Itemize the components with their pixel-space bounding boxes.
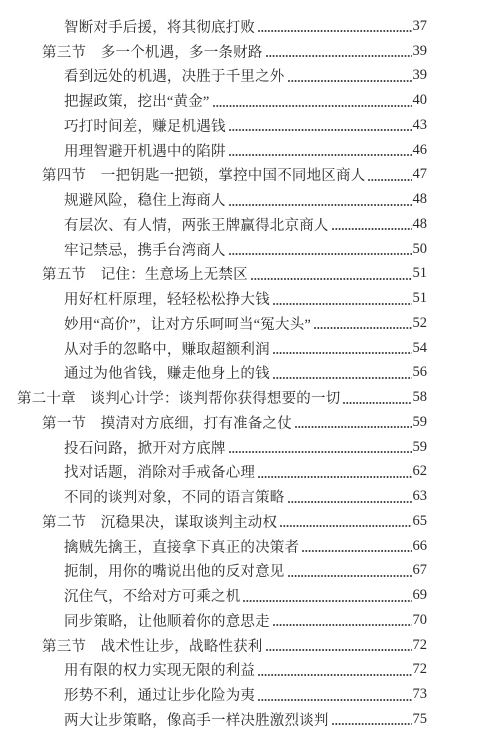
toc-entry-title: 用有限的权力实现无限的利益 — [64, 659, 255, 680]
toc-entry: 第二十章 谈判心计学：谈判帮你获得想要的一切 58 — [0, 385, 427, 410]
toc-entry: 通过为他省钱，赚走他身上的钱 56 — [0, 361, 427, 386]
table-of-contents: 智断对手后援，将其彻底打败 37 第三节 多一个机遇，多一条财路 39 看到远处… — [0, 0, 482, 732]
toc-entry-title: 有层次、有人情，两张王牌赢得北京商人 — [64, 214, 329, 235]
toc-entry-title: 通过为他省钱，赚走他身上的钱 — [64, 362, 270, 383]
toc-entry-title: 找对话题，消除对手戒备心理 — [64, 461, 255, 482]
toc-entry-page: 72 — [413, 661, 428, 678]
dotted-leader — [257, 465, 412, 479]
toc-entry-page: 40 — [413, 92, 428, 109]
toc-entry: 第三节 多一个机遇，多一条财路 39 — [0, 39, 427, 64]
toc-entry-title: 巧打时间差，赚足机遇钱 — [64, 115, 226, 136]
toc-entry: 牢记禁忌，携手台湾商人 50 — [0, 237, 427, 262]
toc-entry: 从对手的忽略中，赚取超额利润 54 — [0, 336, 427, 361]
toc-entry-title: 规避风险，稳住上海商人 — [64, 189, 226, 210]
dotted-leader — [212, 94, 413, 108]
toc-entry: 擒贼先擒王，直接拿下真正的决策者 66 — [0, 534, 427, 559]
dotted-leader — [265, 44, 413, 58]
toc-entry-title: 擒贼先擒王，直接拿下真正的决策者 — [64, 536, 299, 557]
toc-entry-title: 从对手的忽略中，赚取超额利润 — [64, 338, 270, 359]
toc-entry-title: 第一节 摸清对方底细，打有准备之仗 — [42, 412, 292, 433]
dotted-leader — [228, 118, 413, 132]
toc-entry: 同步策略，让他顺着你的意思走 70 — [0, 608, 427, 633]
toc-entry-page: 65 — [413, 513, 428, 530]
toc-entry-page: 46 — [413, 142, 428, 159]
toc-entry-page: 73 — [413, 686, 428, 703]
toc-entry-page: 54 — [413, 340, 428, 357]
toc-entry-title: 不同的谈判对象，不同的语言策略 — [64, 486, 285, 507]
toc-entry-page: 48 — [413, 191, 428, 208]
dotted-leader — [272, 366, 413, 380]
toc-entry-title: 形势不利，通过让步化险为夷 — [64, 684, 255, 705]
toc-entry-page: 50 — [413, 241, 428, 258]
toc-entry-page: 59 — [413, 439, 428, 456]
toc-entry: 把握政策，挖出“黄金” 40 — [0, 88, 427, 113]
toc-entry-title: 智断对手后援，将其彻底打败 — [64, 16, 255, 37]
toc-entry: 用理智避开机遇中的陷阱 46 — [0, 138, 427, 163]
toc-entry-page: 51 — [413, 265, 428, 282]
dotted-leader — [331, 712, 413, 726]
dotted-leader — [272, 292, 413, 306]
toc-entry-page: 58 — [413, 389, 428, 406]
toc-entry-page: 72 — [413, 637, 428, 654]
toc-entry: 有层次、有人情，两张王牌赢得北京商人 48 — [0, 212, 427, 237]
toc-entry-page: 43 — [413, 117, 428, 134]
dotted-leader — [228, 193, 413, 207]
toc-entry-title: 用好杠杆原理，轻轻松松挣大钱 — [64, 288, 270, 309]
toc-entry-page: 67 — [413, 562, 428, 579]
toc-entry-title: 第四节 一把钥匙一把锁，掌控中国不同地区商人 — [42, 164, 365, 185]
toc-entry: 第五节 记住：生意场上无禁区 51 — [0, 262, 427, 287]
dotted-leader — [367, 168, 412, 182]
dotted-leader — [272, 341, 413, 355]
toc-entry-page: 62 — [413, 463, 428, 480]
toc-entry-title: 沉住气，不给对方可乘之机 — [64, 585, 240, 606]
toc-entry: 用有限的权力实现无限的利益 72 — [0, 658, 427, 683]
toc-entry-title: 妙用“高价”，让对方乐呵呵当“冤大头” — [64, 313, 311, 334]
toc-entry-title: 同步策略，让他顺着你的意思走 — [64, 610, 270, 631]
toc-entry: 用好杠杆原理，轻轻松松挣大钱 51 — [0, 286, 427, 311]
toc-entry-title: 第二节 沉稳果决，谋取谈判主动权 — [42, 511, 277, 532]
toc-entry-title: 第三节 战术性让步，战略性获利 — [42, 635, 263, 656]
toc-entry-page: 69 — [413, 587, 428, 604]
toc-entry-title: 牢记禁忌，携手台湾商人 — [64, 239, 226, 260]
toc-entry-page: 51 — [413, 290, 428, 307]
toc-entry: 第二节 沉稳果决，谋取谈判主动权 65 — [0, 509, 427, 534]
dotted-leader — [294, 415, 413, 429]
toc-entry: 找对话题，消除对手戒备心理 62 — [0, 460, 427, 485]
toc-entry-page: 52 — [413, 315, 428, 332]
toc-entry-page: 59 — [413, 414, 428, 431]
toc-entry: 规避风险，稳住上海商人 48 — [0, 187, 427, 212]
dotted-leader — [228, 242, 413, 256]
dotted-leader — [257, 688, 412, 702]
toc-entry: 沉住气，不给对方可乘之机 69 — [0, 583, 427, 608]
toc-entry: 巧打时间差，赚足机遇钱 43 — [0, 113, 427, 138]
toc-entry-page: 70 — [413, 612, 428, 629]
toc-entry-page: 63 — [413, 488, 428, 505]
dotted-leader — [301, 539, 412, 553]
toc-entry: 妙用“高价”，让对方乐呵呵当“冤大头” 52 — [0, 311, 427, 336]
toc-entry-page: 48 — [413, 216, 428, 233]
toc-entry: 形势不利，通过让步化险为夷 73 — [0, 682, 427, 707]
dotted-leader — [242, 589, 412, 603]
dotted-leader — [279, 514, 412, 528]
toc-entry-page: 66 — [413, 538, 428, 555]
toc-entry-page: 39 — [413, 67, 428, 84]
dotted-leader — [331, 217, 413, 231]
toc-entry-page: 47 — [413, 166, 428, 183]
toc-entry: 不同的谈判对象，不同的语言策略 63 — [0, 484, 427, 509]
toc-entry-page: 37 — [413, 18, 428, 35]
toc-entry-page: 75 — [413, 711, 428, 728]
toc-entry-title: 第二十章 谈判心计学：谈判帮你获得想要的一切 — [17, 387, 340, 408]
toc-entry-title: 把握政策，挖出“黄金” — [64, 90, 210, 111]
toc-entry-page: 56 — [413, 364, 428, 381]
toc-entry: 两大让步策略，像高手一样决胜激烈谈判 75 — [0, 707, 427, 732]
dotted-leader — [257, 19, 412, 33]
toc-entry-title: 第五节 记住：生意场上无禁区 — [42, 263, 248, 284]
dotted-leader — [287, 564, 413, 578]
toc-entry-title: 第三节 多一个机遇，多一条财路 — [42, 41, 263, 62]
toc-entry: 第三节 战术性让步，战略性获利 72 — [0, 633, 427, 658]
toc-entry-page: 39 — [413, 43, 428, 60]
dotted-leader — [313, 316, 412, 330]
toc-entry: 看到远处的机遇，决胜于千里之外 39 — [0, 64, 427, 89]
toc-entry: 智断对手后援，将其彻底打败 37 — [0, 14, 427, 39]
dotted-leader — [228, 440, 413, 454]
toc-entry-title: 投石问路，掀开对方底牌 — [64, 437, 226, 458]
dotted-leader — [287, 490, 413, 504]
toc-entry-title: 看到远处的机遇，决胜于千里之外 — [64, 65, 285, 86]
dotted-leader — [228, 143, 413, 157]
toc-entry: 扼制，用你的嘴说出他的反对意见 67 — [0, 559, 427, 584]
dotted-leader — [265, 638, 413, 652]
dotted-leader — [272, 613, 413, 627]
dotted-leader — [250, 267, 413, 281]
dotted-leader — [342, 391, 412, 405]
dotted-leader — [257, 663, 412, 677]
toc-entry-title: 用理智避开机遇中的陷阱 — [64, 140, 226, 161]
toc-entry: 第一节 摸清对方底细，打有准备之仗 59 — [0, 410, 427, 435]
toc-entry: 第四节 一把钥匙一把锁，掌控中国不同地区商人 47 — [0, 163, 427, 188]
toc-entry-title: 扼制，用你的嘴说出他的反对意见 — [64, 560, 285, 581]
toc-entry: 投石问路，掀开对方底牌 59 — [0, 435, 427, 460]
toc-entry-title: 两大让步策略，像高手一样决胜激烈谈判 — [64, 709, 329, 730]
dotted-leader — [287, 69, 413, 83]
